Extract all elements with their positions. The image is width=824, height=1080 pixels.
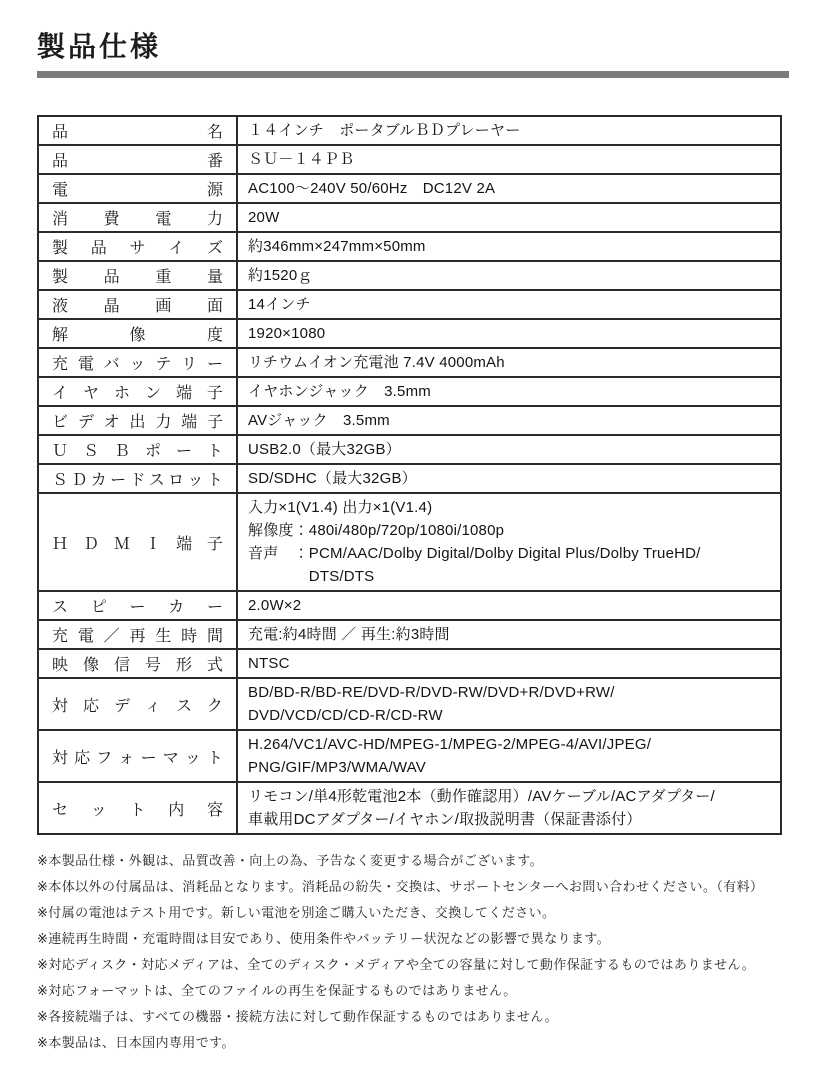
spec-page: 製品仕様 品名１４インチ ポータブルＢＤプレーヤー品番ＳＵ－１４ＰＢ電源AC10… (0, 0, 824, 1080)
spec-value: イヤホンジャック 3.5mm (237, 377, 781, 406)
spec-label: 電源 (38, 174, 237, 203)
spec-value: SD/SDHC（最大32GB） (237, 464, 781, 493)
spec-row: 品名１４インチ ポータブルＢＤプレーヤー (38, 116, 781, 145)
spec-row: 品番ＳＵ－１４ＰＢ (38, 145, 781, 174)
spec-row: 電源AC100～240V 50/60Hz DC12V 2A (38, 174, 781, 203)
spec-label: ＨＤＭＩ端子 (38, 493, 237, 591)
spec-label: 品番 (38, 145, 237, 174)
spec-value: リモコン/単4形乾電池2本（動作確認用）/AVケーブル/ACアダプター/車載用D… (237, 782, 781, 834)
spec-row: 対応ディスクBD/BD-R/BD-RE/DVD-R/DVD-RW/DVD+R/D… (38, 678, 781, 730)
spec-row: セット内容リモコン/単4形乾電池2本（動作確認用）/AVケーブル/ACアダプター… (38, 782, 781, 834)
spec-label: 液晶画面 (38, 290, 237, 319)
spec-row: ＨＤＭＩ端子入力×1(V1.4) 出力×1(V1.4)解像度：480i/480p… (38, 493, 781, 591)
footnote: ※本製品は、日本国内専用です。 (37, 1035, 787, 1050)
page-title: 製品仕様 (37, 31, 787, 63)
spec-row: 映像信号形式NTSC (38, 649, 781, 678)
spec-value: 2.0W×2 (237, 591, 781, 620)
spec-label: 消費電力 (38, 203, 237, 232)
spec-label: 製品重量 (38, 261, 237, 290)
spec-row: 消費電力20W (38, 203, 781, 232)
spec-label: イヤホン端子 (38, 377, 237, 406)
spec-value: AC100～240V 50/60Hz DC12V 2A (237, 174, 781, 203)
spec-row: ＳＤカードスロットSD/SDHC（最大32GB） (38, 464, 781, 493)
footnotes: ※本製品仕様・外観は、品質改善・向上の為、予告なく変更する場合がございます。※本… (37, 853, 787, 1050)
spec-label: 解像度 (38, 319, 237, 348)
spec-value: BD/BD-R/BD-RE/DVD-R/DVD-RW/DVD+R/DVD+RW/… (237, 678, 781, 730)
spec-label: ビデオ出力端子 (38, 406, 237, 435)
footnote: ※連続再生時間・充電時間は目安であり、使用条件やバッテリー状況などの影響で異なり… (37, 931, 787, 946)
footnote: ※付属の電池はテスト用です。新しい電池を別途ご購入いただき、交換してください。 (37, 905, 787, 920)
spec-label: 充電バッテリー (38, 348, 237, 377)
spec-label: スピーカー (38, 591, 237, 620)
spec-value: ＳＵ－１４ＰＢ (237, 145, 781, 174)
footnote: ※各接続端子は、すべての機器・接続方法に対して動作保証するものではありません。 (37, 1009, 787, 1024)
spec-value: 入力×1(V1.4) 出力×1(V1.4)解像度：480i/480p/720p/… (237, 493, 781, 591)
spec-label: ＵＳＢポート (38, 435, 237, 464)
spec-value: AVジャック 3.5mm (237, 406, 781, 435)
spec-value: 約346mm×247mm×50mm (237, 232, 781, 261)
spec-label: 製品サイズ (38, 232, 237, 261)
spec-value: 20W (237, 203, 781, 232)
spec-value: 約1520ｇ (237, 261, 781, 290)
spec-row: 充電／再生時間充電:約4時間 ／ 再生:約3時間 (38, 620, 781, 649)
spec-label: 対応フォーマット (38, 730, 237, 782)
footnote: ※対応ディスク・対応メディアは、全てのディスク・メディアや全ての容量に対して動作… (37, 957, 787, 972)
footnote: ※対応フォーマットは、全てのファイルの再生を保証するものではありません。 (37, 983, 787, 998)
spec-value: H.264/VC1/AVC-HD/MPEG-1/MPEG-2/MPEG-4/AV… (237, 730, 781, 782)
spec-table-body: 品名１４インチ ポータブルＢＤプレーヤー品番ＳＵ－１４ＰＢ電源AC100～240… (38, 116, 781, 834)
spec-table: 品名１４インチ ポータブルＢＤプレーヤー品番ＳＵ－１４ＰＢ電源AC100～240… (37, 115, 782, 835)
spec-label: 映像信号形式 (38, 649, 237, 678)
spec-value: NTSC (237, 649, 781, 678)
footnote: ※本製品仕様・外観は、品質改善・向上の為、予告なく変更する場合がございます。 (37, 853, 787, 868)
spec-row: 製品サイズ約346mm×247mm×50mm (38, 232, 781, 261)
spec-row: 解像度1920×1080 (38, 319, 781, 348)
spec-value: リチウムイオン充電池 7.4V 4000mAh (237, 348, 781, 377)
spec-label: 対応ディスク (38, 678, 237, 730)
title-underline-bar (37, 71, 789, 78)
spec-row: 対応フォーマットH.264/VC1/AVC-HD/MPEG-1/MPEG-2/M… (38, 730, 781, 782)
spec-row: イヤホン端子イヤホンジャック 3.5mm (38, 377, 781, 406)
spec-label: 品名 (38, 116, 237, 145)
spec-row: 充電バッテリーリチウムイオン充電池 7.4V 4000mAh (38, 348, 781, 377)
spec-label: セット内容 (38, 782, 237, 834)
spec-row: ビデオ出力端子AVジャック 3.5mm (38, 406, 781, 435)
spec-value: 充電:約4時間 ／ 再生:約3時間 (237, 620, 781, 649)
spec-row: 製品重量約1520ｇ (38, 261, 781, 290)
spec-value: USB2.0（最大32GB） (237, 435, 781, 464)
spec-value: 1920×1080 (237, 319, 781, 348)
spec-label: 充電／再生時間 (38, 620, 237, 649)
footnote: ※本体以外の付属品は、消耗品となります。消耗品の紛失・交換は、サポートセンターへ… (37, 879, 787, 894)
spec-row: 液晶画面14インチ (38, 290, 781, 319)
spec-row: スピーカー2.0W×2 (38, 591, 781, 620)
spec-row: ＵＳＢポートUSB2.0（最大32GB） (38, 435, 781, 464)
spec-value: 14インチ (237, 290, 781, 319)
spec-value: １４インチ ポータブルＢＤプレーヤー (237, 116, 781, 145)
spec-label: ＳＤカードスロット (38, 464, 237, 493)
